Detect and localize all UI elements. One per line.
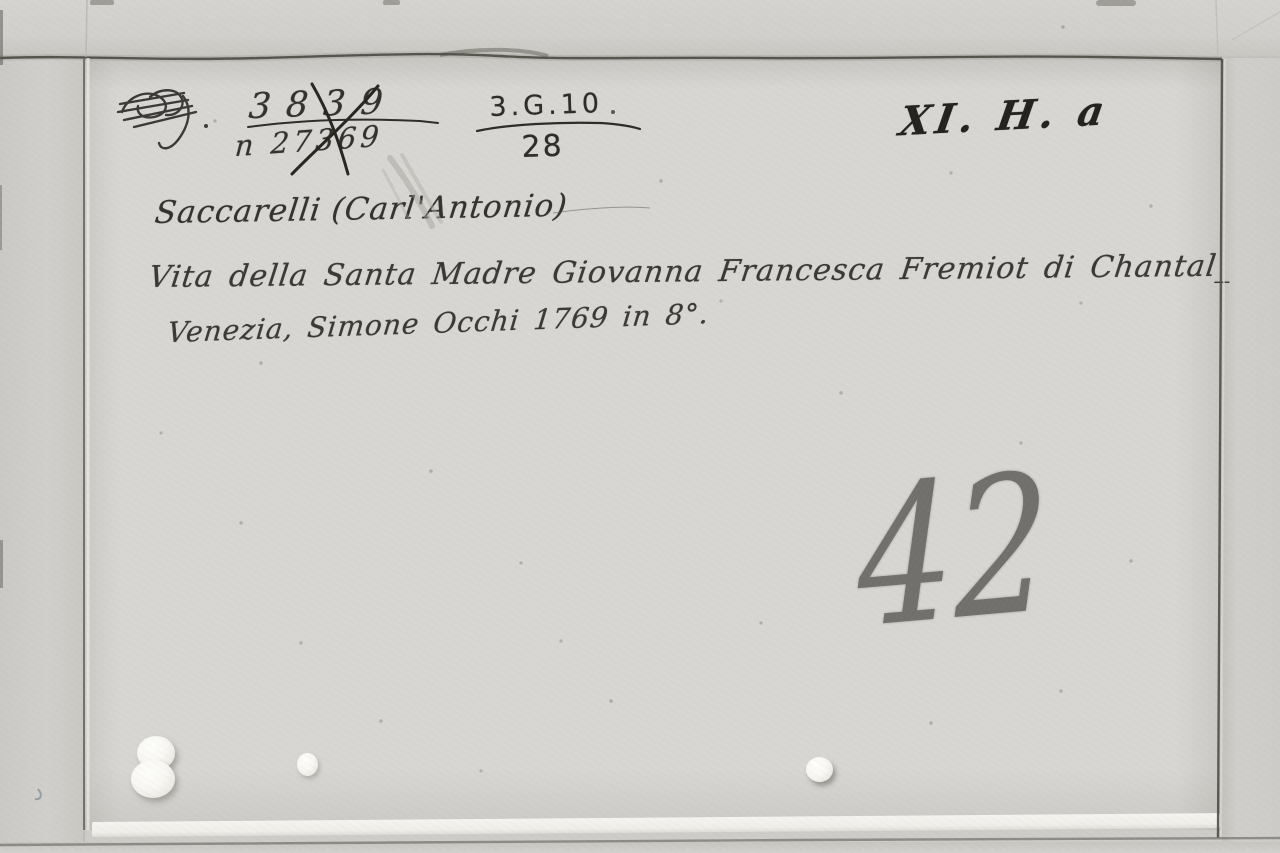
author-line: Saccarelli (Carl'Antonio) [153,191,569,229]
scan-right-margin [1222,58,1280,842]
scan-bottom-margin [0,842,1280,853]
glue-blob-small [806,757,833,782]
paper-speckles [0,0,2,2]
glue-blob-small [297,753,318,776]
adjacent-card-top-edge [0,0,1280,58]
scan-left-margin [0,58,85,842]
shelfmark-denominator: 28 [521,132,564,163]
pencil-folio-number: 42 [856,448,1052,655]
catalog-card [85,58,1222,830]
glue-blob-large [131,760,175,798]
scanned-catalog-card-page: { "card": { "registration": { "crossed_n… [0,0,1280,853]
shelfmark-numerator: 3.G.10 [489,90,603,121]
classification-mark: XI. H. a [897,91,1112,142]
